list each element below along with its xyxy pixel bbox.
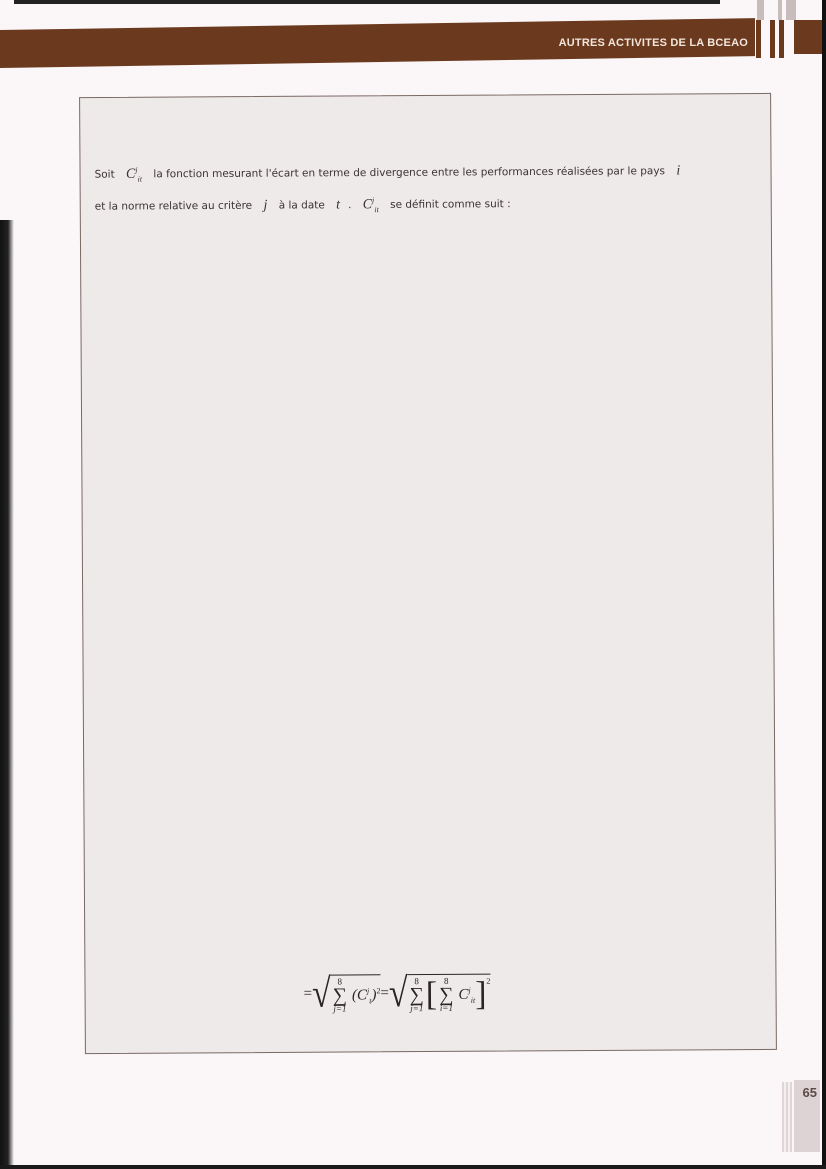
text-soit: Soit xyxy=(95,169,115,181)
radicand-1: 8∑j=1 (Cjt)2 xyxy=(331,974,381,1013)
radical-icon: √ xyxy=(389,973,408,1014)
section-title: AUTRES ACTIVITES DE LA BCEAO xyxy=(559,37,748,49)
symbol-c-it-j: Cjit xyxy=(126,166,142,181)
term-c-it-j: Cjit xyxy=(458,985,475,1004)
text-sep: . xyxy=(348,200,351,212)
sum-j: 8∑j=1 xyxy=(409,977,423,1013)
radical-icon: √ xyxy=(312,974,331,1015)
symbol-c-it-j: Cjit xyxy=(363,197,379,212)
formula-box: Soit Cjit la fonction mesurant l'écart e… xyxy=(79,93,777,1054)
var-i: i xyxy=(676,163,680,178)
formula: = √ 8∑j=1 (Cjt)2 = √ 8∑j=1 [ 8∑i=1 Cjit xyxy=(303,974,490,1014)
header-stripe xyxy=(756,20,761,58)
sqrt-2: √ 8∑j=1 [ 8∑i=1 Cjit ]2 xyxy=(389,974,491,1014)
header-stripe xyxy=(770,20,775,58)
sum-j: 8∑j=1 xyxy=(333,978,347,1014)
text-date: à la date xyxy=(279,200,325,212)
text-definition: la fonction mesurant l'écart en terme de… xyxy=(153,165,665,180)
sum-i: 8∑i=1 xyxy=(439,977,453,1013)
header-stripe-top xyxy=(757,0,764,20)
header-stripe xyxy=(779,20,784,58)
right-bracket: ] xyxy=(475,978,487,1012)
page-tab-stripes xyxy=(782,1082,792,1152)
scan-edge-top xyxy=(0,0,720,4)
header-stripe-top xyxy=(778,0,782,20)
var-t: t xyxy=(336,198,340,213)
bracket-exponent: 2 xyxy=(486,977,490,986)
text-norme: et la norme relative au critère xyxy=(95,200,252,213)
scan-edge-bottom xyxy=(0,1165,826,1169)
left-bracket: [ xyxy=(426,978,438,1012)
scan-edge-right xyxy=(822,0,826,1169)
definition-line-2: et la norme relative au critère j à la d… xyxy=(95,186,765,223)
text-se-definit: se définit comme suit : xyxy=(390,199,511,212)
definition-line-1: Soit Cjit la fonction mesurant l'écart e… xyxy=(94,154,764,191)
radicand-2: 8∑j=1 [ 8∑i=1 Cjit ]2 xyxy=(407,974,490,1014)
equals-sign: = xyxy=(380,985,389,1002)
header-stripe-block xyxy=(794,20,822,54)
equals-sign: = xyxy=(304,986,313,1003)
sqrt-1: √ 8∑j=1 (Cjt)2 xyxy=(312,974,381,1013)
var-j: j xyxy=(263,198,267,213)
page-number: 65 xyxy=(803,1085,817,1100)
header-stripe-top xyxy=(786,0,796,20)
definition-paragraph: Soit Cjit la fonction mesurant l'écart e… xyxy=(94,154,764,223)
term-c-t-j: (Cjt)2 xyxy=(352,986,381,1005)
